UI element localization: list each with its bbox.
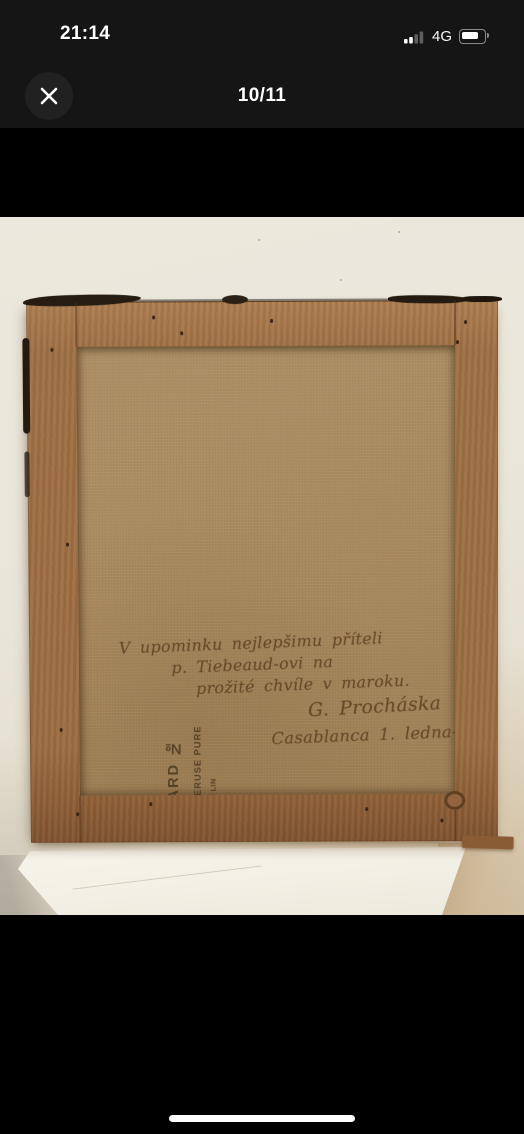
battery-tip: [487, 33, 489, 38]
handwritten-dedication: V upominku nejlepšimu příteli p. Tiebeau…: [107, 625, 454, 756]
nail-hole: [464, 320, 467, 324]
nail-hole: [440, 819, 443, 823]
nail-hole: [152, 315, 155, 319]
dateline: Casablanca 1. ledna-38: [271, 721, 453, 750]
nail-hole: [270, 319, 273, 323]
status-icons: 4G: [404, 28, 486, 45]
canvas-edge-fragment: [22, 338, 30, 434]
nail-hole: [60, 728, 63, 732]
top-chrome: 21:14 4G 10/11: [0, 0, 524, 128]
home-indicator[interactable]: [169, 1115, 355, 1122]
status-time: 21:14: [60, 23, 110, 45]
canvas-edge-fragment: [222, 295, 248, 304]
stretcher-joint-seam: [75, 302, 77, 347]
network-type-label: 4G: [432, 28, 452, 45]
nail-hole: [50, 348, 53, 352]
wood-knot: [444, 791, 465, 810]
battery-fill: [462, 32, 478, 39]
wall-speck: [398, 231, 400, 233]
signature: G. Procháska: [308, 692, 453, 722]
wall-speck: [340, 279, 342, 281]
nail-hole: [66, 543, 69, 547]
canvas-back: ILLARD № NTIE CERUSE PURE UR TISSU LIN V…: [76, 345, 455, 796]
wall-speck: [258, 239, 260, 241]
painting-frame-back: ILLARD № NTIE CERUSE PURE UR TISSU LIN V…: [26, 300, 498, 843]
canvas-edge-fragment: [460, 296, 502, 302]
stretcher-joint-seam: [454, 300, 456, 345]
nail-hole: [76, 812, 79, 816]
stretcher-joint-seam: [79, 796, 81, 843]
cellular-signal-icon: [404, 30, 425, 44]
nail-hole: [180, 331, 183, 335]
photo-viewport[interactable]: ILLARD № NTIE CERUSE PURE UR TISSU LIN V…: [0, 217, 524, 915]
phone-screen: 21:14 4G 10/11: [0, 0, 524, 1134]
frame-corner-foot: [462, 835, 514, 849]
battery-icon: [459, 29, 486, 44]
nail-hole: [365, 807, 368, 811]
pedestal: [0, 847, 466, 915]
nail-hole: [149, 802, 152, 806]
nail-hole: [456, 340, 459, 344]
canvas-edge-fragment: [23, 293, 141, 308]
canvas-edge-fragment: [24, 452, 29, 498]
photo-counter: 10/11: [0, 72, 524, 120]
